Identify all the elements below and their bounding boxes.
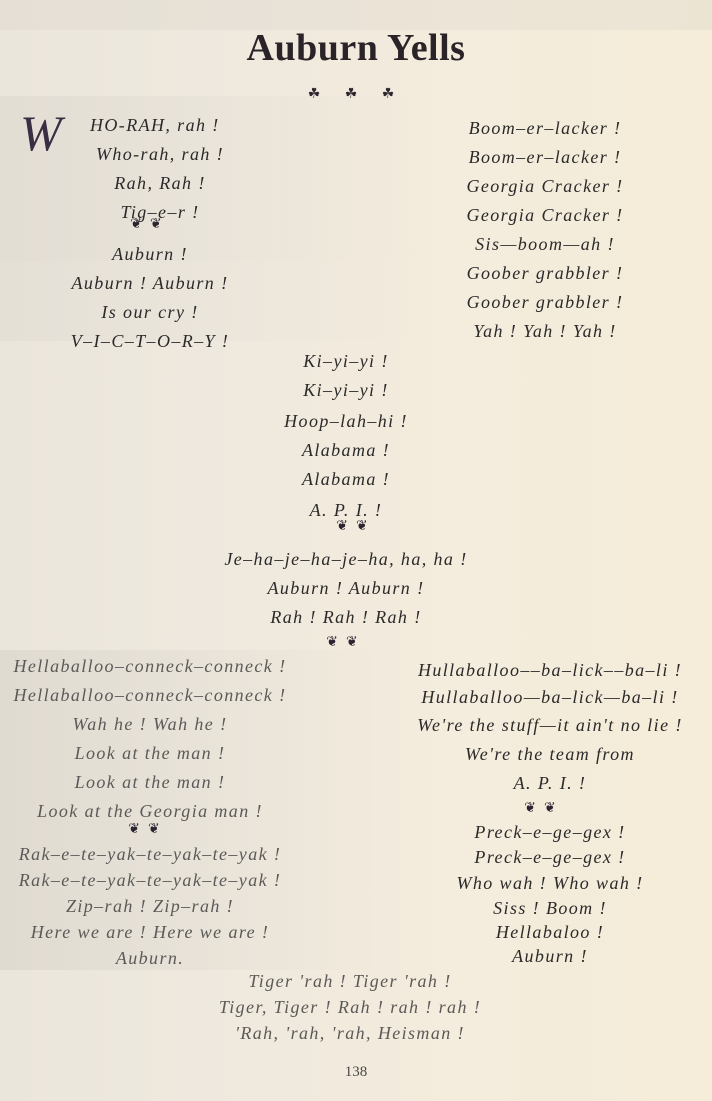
yell-jeha: Je–ha–je–ha–je–ha, ha, ha ! Auburn ! Aub… [196,545,496,632]
yell-line: Auburn ! Auburn ! [40,269,260,298]
drop-cap: W [20,108,62,158]
yell-line: Here we are ! Here we are ! [0,919,300,945]
yell-kiyiyi: Ki–yi–yi ! Ki–yi–yi ! Hoop–lah–hi ! Alab… [246,347,446,525]
yell-line: We're the stuff—it ain't no lie ! [395,711,705,740]
yell-line: Alabama ! [246,436,446,465]
ornament-pair-icon: ❦❦ [88,821,208,837]
yell-line: Tiger, Tiger ! Rah ! rah ! rah ! [180,994,520,1020]
yell-line: Is our cry ! [40,298,260,327]
yell-line: Auburn ! Auburn ! [196,574,496,603]
yell-line: Alabama ! [246,465,446,494]
yell-hellaballoo-conneck: Hellaballoo–conneck–conneck ! Hellaballo… [10,652,290,826]
yell-line: Tiger 'rah ! Tiger 'rah ! [180,968,520,994]
yell-line: Auburn ! [40,240,260,269]
yell-line: Rah ! Rah ! Rah ! [196,603,496,632]
yell-line: Yah ! Yah ! Yah ! [420,317,670,346]
yell-line: Look at the man ! [10,768,290,797]
ornament-pair-icon: ❦❦ [286,634,406,650]
yell-line: A. P. I. ! [395,769,705,798]
yell-line: Wah he ! Wah he ! [10,710,290,739]
page-number: 138 [0,1064,712,1081]
ornament-pair-icon: ❦❦ [484,800,604,816]
yell-line: Hullaballoo—ba–lick—ba–li ! [395,683,705,711]
yell-line: Georgia Cracker ! [420,172,670,201]
yell-hullaballoo-balick: Hullaballoo––ba–lick––ba–li ! Hullaballo… [395,658,705,798]
yell-rakete: Rak–e–te–yak–te–yak–te–yak ! Rak–e–te–ya… [0,841,300,971]
yell-line: Hullaballoo––ba–lick––ba–li ! [395,658,705,683]
yell-line: Georgia Cracker ! [420,201,670,230]
yell-line: Look at the man ! [10,739,290,768]
yell-line: Rak–e–te–yak–te–yak–te–yak ! [0,867,300,893]
yell-line: Goober grabbler ! [420,288,670,317]
yell-line: Hoop–lah–hi ! [246,407,446,436]
yell-line: Rak–e–te–yak–te–yak–te–yak ! [0,841,300,867]
yell-tiger-heisman: Tiger 'rah ! Tiger 'rah ! Tiger, Tiger !… [180,968,520,1046]
yell-boomerlacker: Boom–er–lacker ! Boom–er–lacker ! Georgi… [420,114,670,346]
yell-line: Boom–er–lacker ! [420,143,670,172]
yell-line: Goober grabbler ! [420,259,670,288]
yell-line: Je–ha–je–ha–je–ha, ha, ha ! [196,545,496,574]
yell-line: Hellaballoo–conneck–conneck ! [10,681,290,710]
yell-line: HO-RAH, rah ! [60,111,260,140]
trefoil-ornament-icon: ☘ ☘ ☘ [0,86,712,102]
yell-line: Zip–rah ! Zip–rah ! [0,893,300,919]
yell-line: Rah, Rah ! [60,169,260,198]
yell-line: Ki–yi–yi ! [246,376,446,405]
yell-line: Auburn ! [410,944,690,968]
yell-line: Hellabaloo ! [410,920,690,944]
yell-line: 'Rah, 'rah, 'rah, Heisman ! [180,1020,520,1046]
page-title: Auburn Yells [0,26,712,70]
yell-line: V–I–C–T–O–R–Y ! [40,327,260,356]
ornament-pair-icon: ❦❦ [90,216,210,232]
yell-preckegegex: Preck–e–ge–gex ! Preck–e–ge–gex ! Who wa… [410,820,690,968]
yell-line: Ki–yi–yi ! [246,347,446,376]
yell-whorah: HO-RAH, rah ! Who-rah, rah ! Rah, Rah ! … [60,111,260,227]
yell-line: We're the team from [395,740,705,769]
yell-line: Boom–er–lacker ! [420,114,670,143]
yell-auburn-cry: Auburn ! Auburn ! Auburn ! Is our cry ! … [40,240,260,356]
ornament-pair-icon: ❦❦ [296,518,416,534]
yell-line: Hellaballoo–conneck–conneck ! [10,652,290,681]
yell-line: Who wah ! Who wah ! [410,870,690,896]
yell-line: Siss ! Boom ! [410,896,690,920]
yell-line: Preck–e–ge–gex ! [410,845,690,870]
yell-line: Preck–e–ge–gex ! [410,820,690,845]
yell-line: Sis—boom—ah ! [420,230,670,259]
yell-line: Who-rah, rah ! [60,140,260,169]
